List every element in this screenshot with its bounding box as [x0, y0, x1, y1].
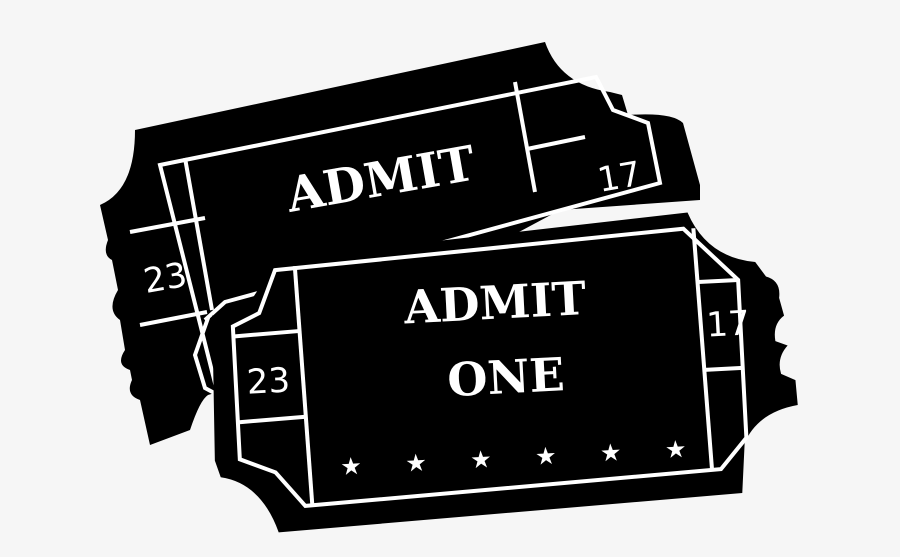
star-icon: ★ [340, 452, 363, 481]
star-icon: ★ [469, 445, 492, 474]
star-icon: ★ [664, 435, 687, 464]
tickets-illustration: ADMIT 23 17 ADMIT ONE 23 17 ★ ★ ★ ★ ★ ★ [0, 0, 900, 557]
back-ticket-right-number: 17 [595, 154, 645, 201]
back-ticket-left-number: 23 [141, 255, 191, 302]
front-ticket-title-line2: ONE [446, 347, 566, 407]
front-ticket-left-number: 23 [246, 361, 291, 403]
front-ticket-title-line1: ADMIT [402, 271, 588, 335]
star-icon: ★ [534, 442, 557, 471]
star-icon: ★ [405, 449, 428, 478]
star-icon: ★ [599, 438, 622, 467]
front-ticket-right-number: 17 [705, 303, 750, 345]
